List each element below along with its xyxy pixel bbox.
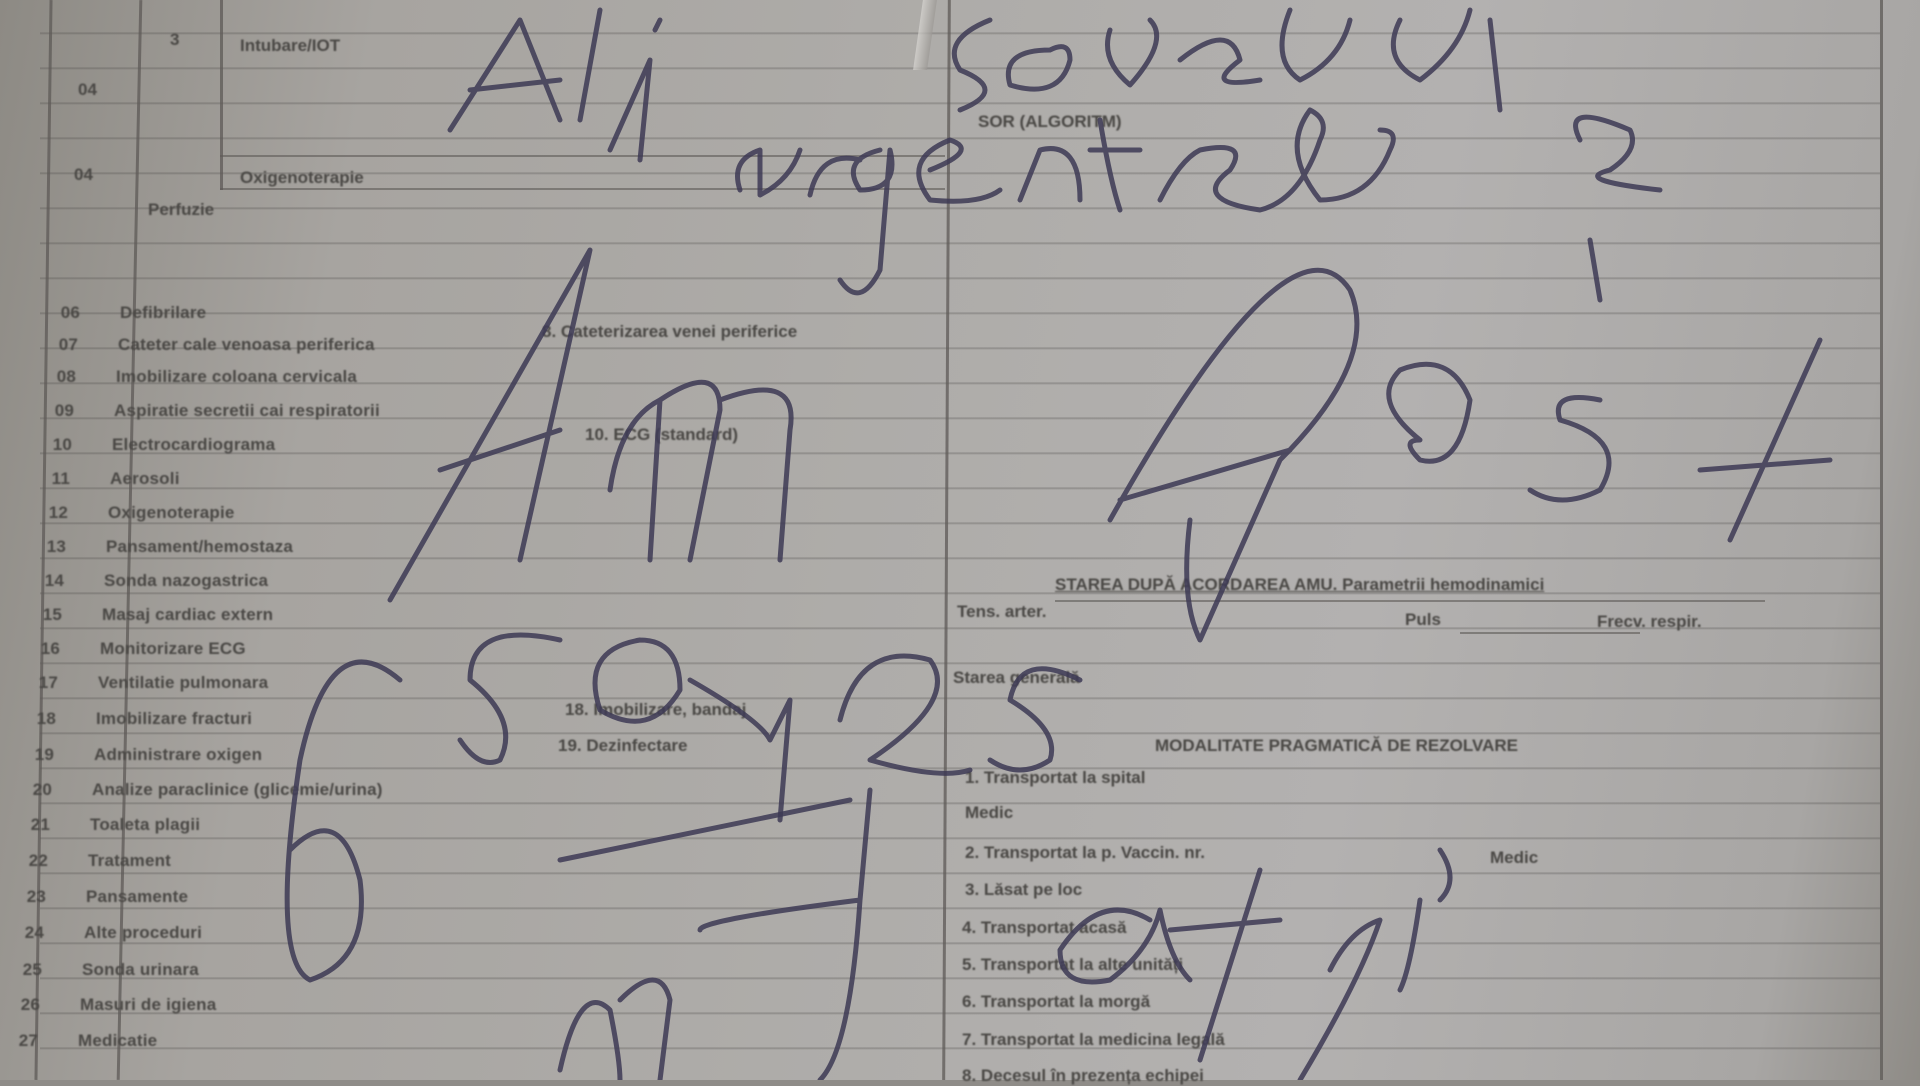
item-number: 18 bbox=[0, 709, 56, 729]
item-label: Masaj cardiac extern bbox=[102, 605, 273, 625]
item-number: 09 bbox=[14, 401, 74, 421]
respiratory-rate-label: Frecv. respir. bbox=[1597, 612, 1702, 632]
top-item-number: 3 bbox=[170, 30, 179, 50]
item-label: Imobilizare fracturi bbox=[96, 709, 252, 729]
sor-algorithm-label: SOR (ALGORITM) bbox=[978, 112, 1122, 132]
middle-item: 19. Dezinfectare bbox=[558, 736, 687, 756]
list-item: 08Imobilizare coloana cervicala bbox=[16, 362, 357, 392]
status-after-amu-heading: STAREA DUPĂ ACORDAREA AMU. Parametrii he… bbox=[1055, 575, 1544, 595]
pulse-underline bbox=[1460, 632, 1640, 634]
resolution-heading: MODALITATE PRAGMATICĂ DE REZOLVARE bbox=[1155, 736, 1518, 756]
item-number: 06 bbox=[20, 303, 80, 323]
item-label: Ventilatie pulmonara bbox=[98, 673, 268, 693]
list-item: 12Oxigenoterapie bbox=[8, 498, 235, 528]
item-label: Cateter cale venoasa periferica bbox=[118, 335, 375, 355]
item-label: Dezinfectare bbox=[586, 736, 687, 755]
item-number: 10. bbox=[585, 425, 609, 444]
item-number: 07 bbox=[18, 335, 78, 355]
list-item: 23Pansamente bbox=[0, 882, 188, 912]
item-label: Alte proceduri bbox=[84, 923, 202, 943]
list-item: 06Defibrilare bbox=[20, 298, 206, 328]
top-item-label: Oxigenoterapie bbox=[240, 168, 364, 188]
resolution-option: 7. Transportat la medicina legală bbox=[962, 1030, 1225, 1050]
list-item: 16Monitorizare ECG bbox=[0, 634, 246, 664]
item-label: Analize paraclinice (glicemie/urina) bbox=[92, 780, 383, 800]
resolution-option: 4. Transportat acasă bbox=[962, 918, 1126, 938]
list-item: 17Ventilatie pulmonara bbox=[0, 668, 268, 698]
list-item: 26Masuri de igiena bbox=[0, 990, 216, 1020]
resolution-option: 1. Transportat la spital bbox=[965, 768, 1145, 788]
status-underline bbox=[1055, 600, 1765, 602]
item-number: 16 bbox=[0, 639, 60, 659]
item-label: Administrare oxigen bbox=[94, 745, 262, 765]
item-number: 23 bbox=[0, 887, 46, 907]
item-label: Sonda urinara bbox=[82, 960, 199, 980]
resolution-option: 3. Lăsat pe loc bbox=[965, 880, 1082, 900]
item-label: Aspiratie secretii cai respiratorii bbox=[114, 401, 380, 421]
list-item: 24Alte proceduri bbox=[0, 918, 202, 948]
list-item: 15Masaj cardiac extern bbox=[2, 600, 273, 630]
top-item-number: 04 bbox=[78, 80, 97, 100]
item-label: Monitorizare ECG bbox=[100, 639, 246, 659]
item-label: Aerosoli bbox=[110, 469, 180, 489]
middle-item: 18. Imobilizare, bandaj bbox=[565, 700, 746, 720]
item-number: 08 bbox=[16, 367, 76, 387]
list-item: 25Sonda urinara bbox=[0, 955, 199, 985]
item-label: Oxigenoterapie bbox=[108, 503, 235, 523]
ruled-lines bbox=[40, 0, 1880, 1080]
pulse-label: Puls bbox=[1405, 610, 1441, 630]
item-label: Imobilizare, bandaj bbox=[593, 700, 746, 719]
top-item-label: Intubare/IOT bbox=[240, 36, 340, 56]
resolution-option: Medic bbox=[965, 803, 1013, 823]
resolution-option: 2. Transportat la p. Vaccin. nr. bbox=[965, 843, 1205, 863]
item-label: Electrocardiograma bbox=[112, 435, 275, 455]
list-item: 09Aspiratie secretii cai respiratorii bbox=[14, 396, 380, 426]
item-label: Cateterizarea venei periferice bbox=[561, 322, 797, 341]
item-number: 18. bbox=[565, 700, 589, 719]
item-label: Toaleta plagii bbox=[90, 815, 200, 835]
resolution-option: 6. Transportat la morgă bbox=[962, 992, 1150, 1012]
resolution-option: 5. Transportat la alte unități bbox=[962, 955, 1183, 975]
medical-form-paper: 3 Intubare/IOT 04 04 Oxigenoterapie Perf… bbox=[0, 0, 1920, 1080]
item-number: 25 bbox=[0, 960, 42, 980]
list-item: 14Sonda nazogastrica bbox=[4, 566, 268, 596]
item-number: 14 bbox=[4, 571, 64, 591]
top-item-number: 04 bbox=[74, 165, 93, 185]
item-label: Sonda nazogastrica bbox=[104, 571, 268, 591]
item-number: 19 bbox=[0, 745, 54, 765]
item-number: 22 bbox=[0, 851, 48, 871]
top-box-rule-2 bbox=[220, 188, 945, 190]
item-label: Pansamente bbox=[86, 887, 188, 907]
item-number: 26 bbox=[0, 995, 40, 1015]
item-number: 15 bbox=[2, 605, 62, 625]
top-box-rule bbox=[220, 155, 945, 157]
item-number: 8. bbox=[542, 322, 556, 341]
item-label: Defibrilare bbox=[120, 303, 206, 323]
list-item: 10Electrocardiograma bbox=[12, 430, 275, 460]
list-item: 22Tratament bbox=[0, 846, 171, 876]
middle-item: 8. Cateterizarea venei periferice bbox=[542, 322, 797, 342]
item-label: ECG (standard) bbox=[613, 425, 738, 444]
item-number: 19. bbox=[558, 736, 582, 755]
item-number: 10 bbox=[12, 435, 72, 455]
item-number: 13 bbox=[6, 537, 66, 557]
item-number: 27 bbox=[0, 1031, 38, 1051]
list-item: 20Analize paraclinice (glicemie/urina) bbox=[0, 775, 383, 805]
item-number: 21 bbox=[0, 815, 50, 835]
item-label: Medicatie bbox=[78, 1031, 157, 1051]
list-item: 27Medicatie bbox=[0, 1026, 157, 1056]
list-item: 07Cateter cale venoasa periferica bbox=[18, 330, 375, 360]
resolution-option: Medic bbox=[1490, 848, 1538, 868]
middle-item: 10. ECG (standard) bbox=[585, 425, 738, 445]
item-label: Tratament bbox=[88, 851, 171, 871]
list-item: 21Toaleta plagii bbox=[0, 810, 200, 840]
item-label: Imobilizare coloana cervicala bbox=[116, 367, 357, 387]
form-border-right bbox=[1880, 0, 1883, 1080]
list-item: 11Aerosoli bbox=[10, 464, 180, 494]
item-number: 20 bbox=[0, 780, 52, 800]
item-number: 11 bbox=[10, 469, 70, 489]
item-label: Masuri de igiena bbox=[80, 995, 216, 1015]
list-item: 13Pansament/hemostaza bbox=[6, 532, 293, 562]
blood-pressure-label: Tens. arter. bbox=[957, 602, 1046, 622]
list-item: 18Imobilizare fracturi bbox=[0, 704, 252, 734]
top-box-divider bbox=[220, 0, 223, 190]
resolution-option: 8. Decesul în prezența echipei bbox=[962, 1066, 1204, 1080]
item-number: 24 bbox=[0, 923, 44, 943]
item-number: 12 bbox=[8, 503, 68, 523]
item-number: 17 bbox=[0, 673, 58, 693]
top-item-label: Perfuzie bbox=[148, 200, 214, 220]
general-state-label: Starea generală bbox=[953, 668, 1080, 688]
item-label: Pansament/hemostaza bbox=[106, 537, 293, 557]
list-item: 19Administrare oxigen bbox=[0, 740, 262, 770]
